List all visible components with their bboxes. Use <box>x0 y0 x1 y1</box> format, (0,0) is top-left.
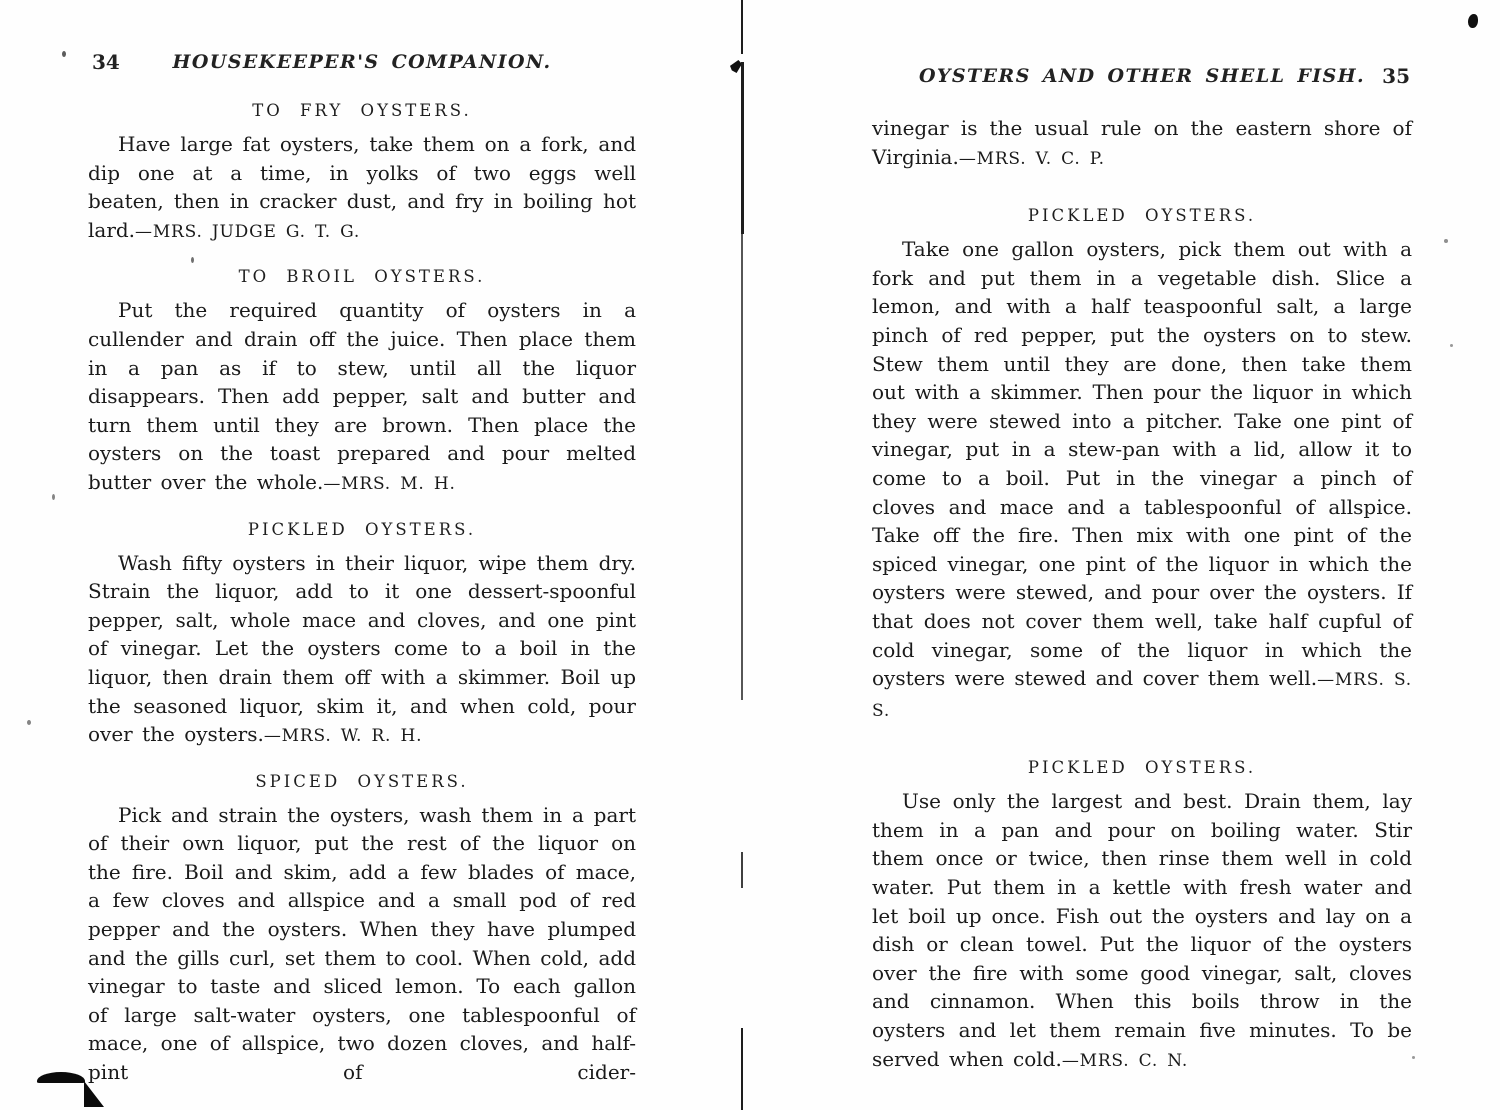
binding-line-segment <box>741 62 744 234</box>
scan-speck <box>1444 239 1448 243</box>
right-page: OYSTERS AND OTHER SHELL FISH. 35 vinegar… <box>872 64 1412 1075</box>
recipe-body: Take one gallon oysters, pick them out w… <box>872 237 1412 690</box>
recipe-body: vinegar is the usual rule on the eastern… <box>872 116 1412 169</box>
scan-speck <box>1412 1056 1415 1059</box>
recipe-body: Wash fifty oysters in their liquor, wipe… <box>88 551 636 747</box>
left-running-head: 34 HOUSEKEEPER'S COMPANION. <box>88 50 636 74</box>
right-page-number: 35 <box>1382 64 1410 88</box>
binding-line-segment <box>741 1028 743 1110</box>
left-running-head-title: HOUSEKEEPER'S COMPANION. <box>173 51 552 73</box>
binding-line-segment <box>741 0 743 54</box>
recipe-body: Use only the largest and best. Drain the… <box>872 789 1412 1070</box>
recipe-attribution: —MRS. W. R. H. <box>264 726 422 746</box>
scan-speck <box>62 51 66 57</box>
section-heading-to-broil-oysters: TO BROIL OYSTERS. <box>88 267 636 287</box>
recipe-body: Put the required quantity of oysters in … <box>88 298 636 494</box>
scan-speck <box>52 494 55 500</box>
scan-speck <box>1450 344 1453 347</box>
recipe-attribution: —MRS. C. N. <box>1062 1051 1188 1071</box>
recipe-spiced-oysters: Pick and strain the oysters, wash them i… <box>88 801 636 1087</box>
scan-corner-artifact <box>37 1072 85 1083</box>
binding-line-segment <box>741 852 743 888</box>
section-heading-pickled-oysters-2: PICKLED OYSTERS. <box>872 206 1412 226</box>
section-heading-to-fry-oysters: TO FRY OYSTERS. <box>88 101 636 121</box>
left-page-number: 34 <box>92 50 120 74</box>
left-page: 34 HOUSEKEEPER'S COMPANION. TO FRY OYSTE… <box>88 50 636 1087</box>
recipe-attribution: —MRS. V. C. P. <box>959 149 1105 169</box>
section-heading-pickled-oysters-3: PICKLED OYSTERS. <box>872 758 1412 778</box>
recipe-pickled-oysters-2: Take one gallon oysters, pick them out w… <box>872 235 1412 725</box>
recipe-attribution: —MRS. JUDGE G. T. G. <box>135 222 360 242</box>
book-spread: 34 HOUSEKEEPER'S COMPANION. TO FRY OYSTE… <box>0 0 1500 1110</box>
ink-blot <box>1468 14 1478 28</box>
recipe-attribution: —MRS. M. H. <box>323 474 455 494</box>
right-running-head: OYSTERS AND OTHER SHELL FISH. 35 <box>872 64 1412 88</box>
scan-speck <box>191 257 194 263</box>
scan-speck <box>27 720 31 725</box>
section-heading-spiced-oysters: SPICED OYSTERS. <box>88 772 636 792</box>
recipe-spiced-oysters-continuation: vinegar is the usual rule on the eastern… <box>872 114 1412 173</box>
recipe-to-broil-oysters: Put the required quantity of oysters in … <box>88 296 636 498</box>
recipe-body: Pick and strain the oysters, wash them i… <box>88 803 636 1084</box>
recipe-pickled-oysters-1: Wash fifty oysters in their liquor, wipe… <box>88 549 636 751</box>
section-heading-pickled-oysters-1: PICKLED OYSTERS. <box>88 520 636 540</box>
right-running-head-title: OYSTERS AND OTHER SHELL FISH. <box>919 65 1365 87</box>
recipe-pickled-oysters-3: Use only the largest and best. Drain the… <box>872 787 1412 1075</box>
binding-line-segment <box>741 234 743 700</box>
recipe-to-fry-oysters: Have large fat oysters, take them on a f… <box>88 130 636 246</box>
